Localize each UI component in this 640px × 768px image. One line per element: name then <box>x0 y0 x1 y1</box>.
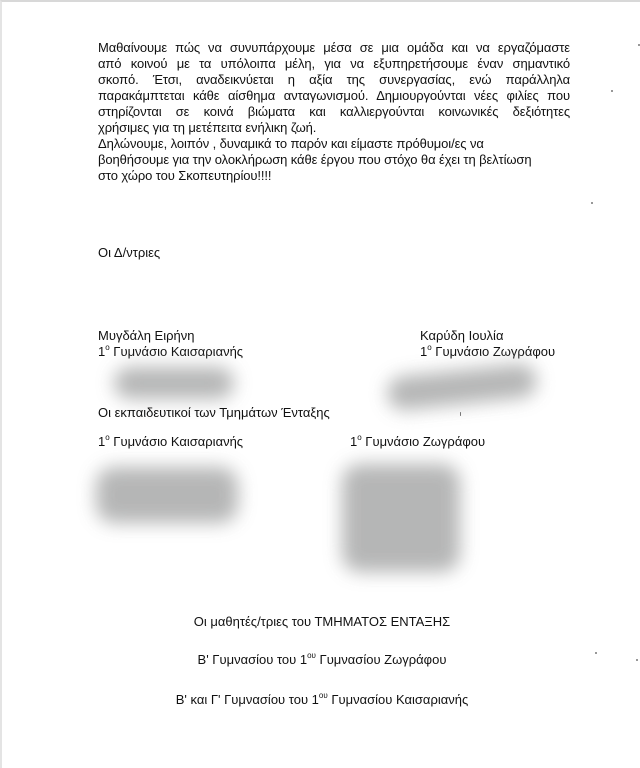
teachers-heading: Οι εκπαιδευτικοί των Τμημάτων Ένταξης <box>98 405 330 421</box>
school-name: Γυμνάσιο Ζωγράφου <box>362 434 485 449</box>
school-name: Γυμνάσιο Καισαριανής <box>110 434 243 449</box>
body-line: χρήσιμες για τη μετέπειτα ενήλικη ζωή. <box>98 120 570 136</box>
students-line-text: Β' Γυμνασίου του 1 <box>198 652 308 667</box>
scan-speck <box>636 659 638 661</box>
redacted-signature-director-1 <box>114 367 234 399</box>
students-line-zografou: Β' Γυμνασίου του 1ου Γυμνασίου Ζωγράφου <box>2 652 640 668</box>
director-1-name: Μυγδάλη Ειρήνη <box>98 328 194 344</box>
school-name: Γυμνάσιο Ζωγράφου <box>432 344 555 359</box>
school-name: Γυμνάσιο Καισαριανής <box>110 344 243 359</box>
ordinal-suffix: ου <box>319 691 328 700</box>
body-line: από κοινού με τα υπόλοιπα μέλη, για να ε… <box>98 56 570 72</box>
redacted-signature-director-2 <box>386 362 539 411</box>
body-line: Μαθαίνουμε πώς να συνυπάρχουμε μέσα σε μ… <box>98 40 570 56</box>
scan-speck <box>591 202 593 204</box>
body-line: βοηθήσουμε για την ολοκλήρωση κάθε έργου… <box>98 152 570 168</box>
scanned-letter-page: Μαθαίνουμε πώς να συνυπάρχουμε μέσα σε μ… <box>0 0 640 768</box>
body-line: σκοπό. Έτσι, αναδεικνύεται η αξία της συ… <box>98 72 570 88</box>
teacher-school-zografou: 1ο Γυμνάσιο Ζωγράφου <box>350 434 485 450</box>
body-line: στο χώρο του Σκοπευτηρίου!!!! <box>98 168 570 184</box>
ordinal-suffix: ου <box>307 651 316 660</box>
students-line-text: Γυμνασίου Καισαριανής <box>328 692 469 707</box>
redacted-signatures-teachers-kaisariani <box>96 467 238 523</box>
scan-speck <box>595 652 597 654</box>
students-line-kaisariani: Β' και Γ' Γυμνασίου του 1ου Γυμνασίου Κα… <box>2 692 640 708</box>
students-heading: Οι μαθητές/τριες του ΤΜΗΜΑΤΟΣ ΕΝΤΑΞΗΣ <box>2 614 640 630</box>
teacher-school-kaisariani: 1ο Γυμνάσιο Καισαριανής <box>98 434 243 450</box>
scan-speck <box>460 412 461 416</box>
body-line: στηρίζονται σε κοινά βιώματα και καλλιερ… <box>98 104 570 120</box>
body-line: Δηλώνουμε, λοιπόν , δυναμικά το παρόν κα… <box>98 136 570 152</box>
scan-speck <box>611 90 613 92</box>
redacted-signatures-teachers-zografou <box>342 464 460 572</box>
director-1-school: 1ο Γυμνάσιο Καισαριανής <box>98 344 243 360</box>
body-paragraph: Μαθαίνουμε πώς να συνυπάρχουμε μέσα σε μ… <box>98 40 570 184</box>
students-line-text: Β' και Γ' Γυμνασίου του 1 <box>176 692 319 707</box>
directors-heading: Οι Δ/ντριες <box>98 245 160 261</box>
director-2-school: 1ο Γυμνάσιο Ζωγράφου <box>420 344 555 360</box>
director-2-name: Καρύδη Ιουλία <box>420 328 503 344</box>
body-line: παρακάμπτεται κάθε αίσθημα ανταγωνισμού.… <box>98 88 570 104</box>
students-line-text: Γυμνασίου Ζωγράφου <box>316 652 447 667</box>
